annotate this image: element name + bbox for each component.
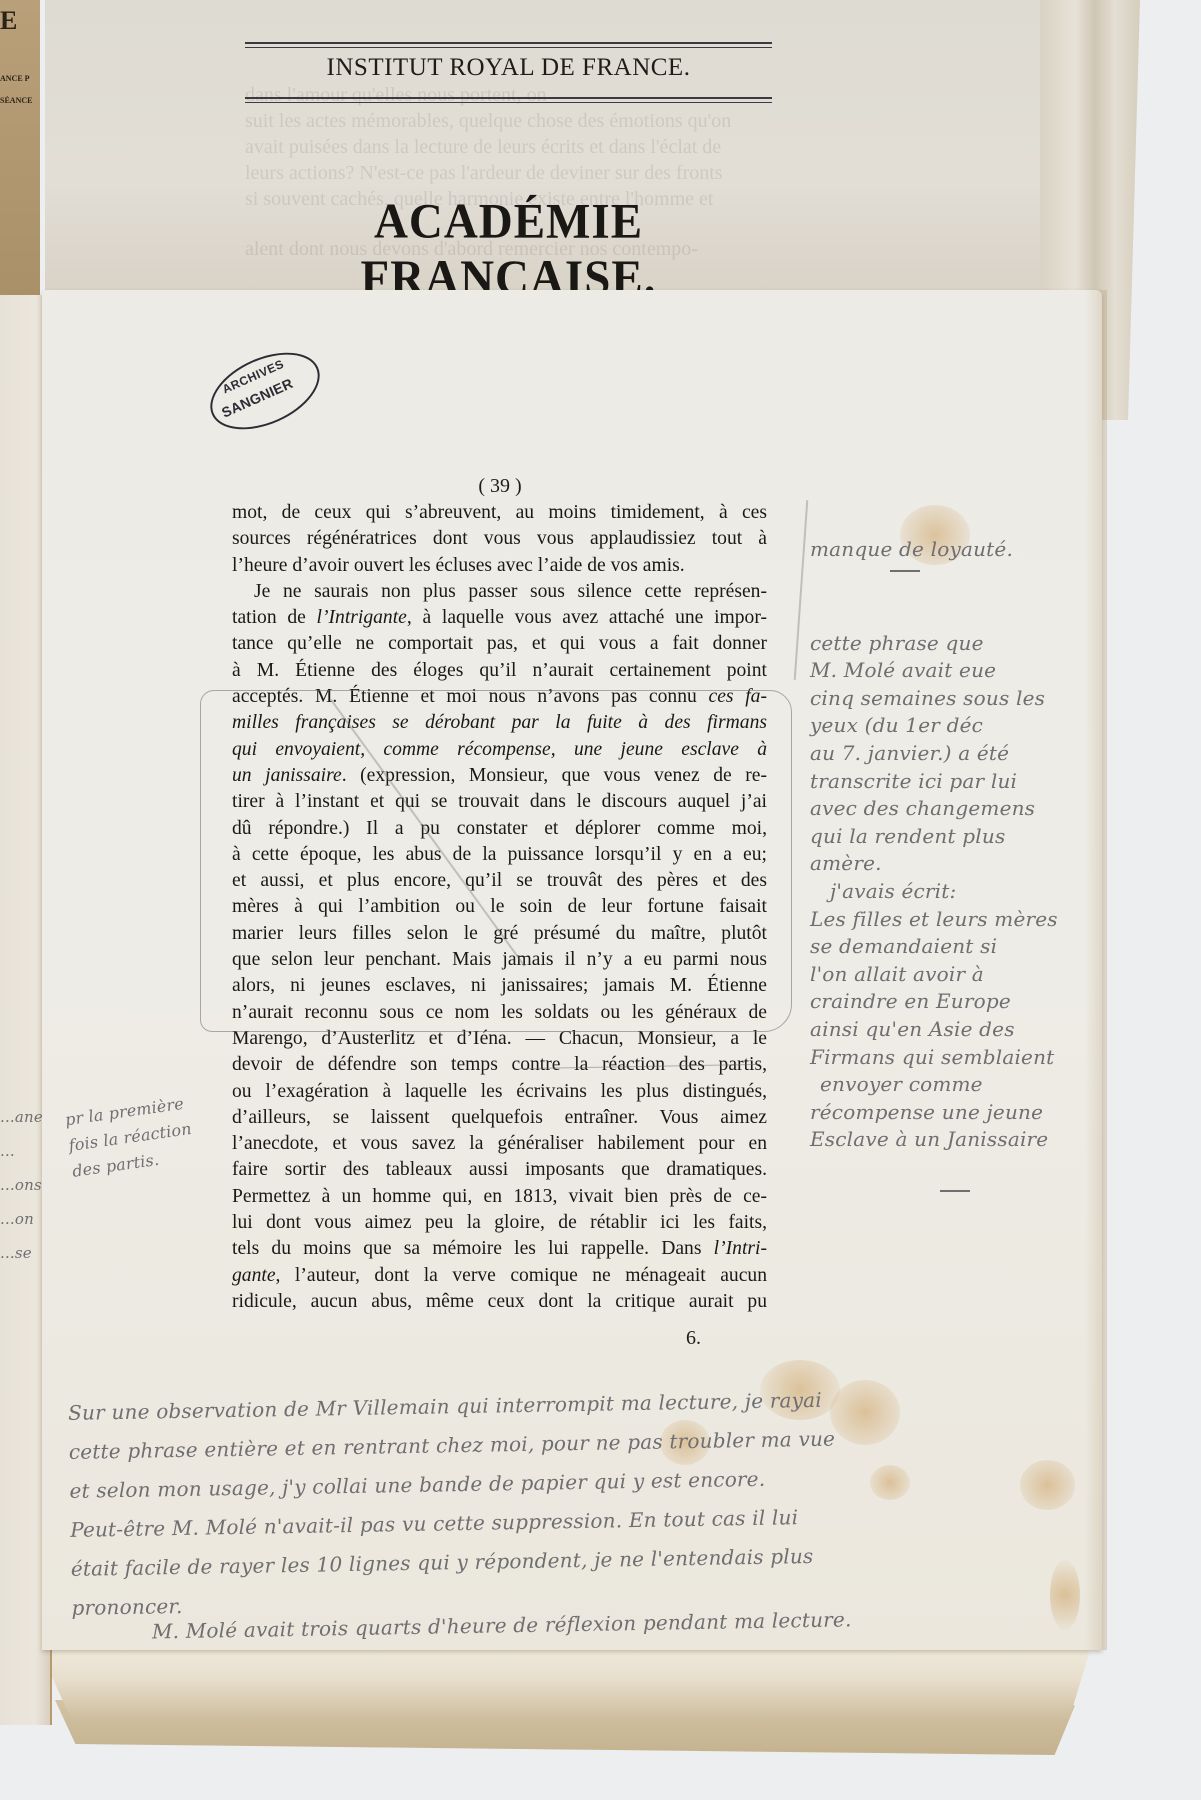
background-sheet-left-letter: E	[0, 6, 40, 36]
background-sheet-left-line: ANCE P	[0, 74, 40, 83]
handwritten-line: ainsi qu'en Asie des	[810, 1016, 1100, 1044]
text-line: Permettez à un homme qui, en 1813, vivai…	[232, 1184, 767, 1210]
handwritten-line: Firmans qui semblaient	[810, 1044, 1100, 1072]
spacer	[810, 578, 1100, 630]
text-line: l’anecdote, et vous savez la généraliser…	[232, 1131, 767, 1157]
handwritten-line: ...ane a	[0, 1100, 45, 1134]
handwritten-line: au 7. janvier.) a été	[810, 740, 1100, 768]
handwritten-line: amère.	[810, 850, 1100, 878]
text-line: tels du moins que sa mémoire les lui rap…	[232, 1236, 767, 1262]
text-line: ridicule, aucun abus, même ceux dont la …	[232, 1289, 767, 1315]
text-line: gante, l’auteur, dont la verve comique n…	[232, 1263, 767, 1289]
institut-heading: INSTITUT ROYAL DE FRANCE.	[245, 54, 772, 82]
text-line: lui dont vous aimez peu la gloire, de ré…	[232, 1210, 767, 1236]
bottom-handwritten-note: Sur une observation de Mr Villemain qui …	[68, 1376, 1092, 1653]
text-span: tation de	[232, 607, 317, 628]
background-sheet-left	[0, 0, 40, 300]
pencil-bracket-box	[200, 690, 792, 1032]
text-line: faire sortir des tableaux aussi imposant…	[232, 1157, 767, 1183]
handwritten-line: se demandaient si	[810, 933, 1100, 961]
handwritten-line: ...	[0, 1134, 45, 1168]
handwritten-line: transcrite ici par lui	[810, 768, 1100, 796]
facing-page-annotation: ...ane a ... ...ons ...on ...se	[0, 1100, 45, 1270]
text-line: l’heure d’avoir ouvert les écluses avec …	[232, 553, 767, 579]
show-through-text: suit les actes mémorables, quelque chose…	[245, 110, 772, 133]
text-line: Je ne saurais non plus passer sous silen…	[232, 579, 767, 605]
italic-title: l’Intrigante	[317, 607, 407, 628]
background-sheet-left-line: SÉANCE	[0, 96, 40, 105]
handwritten-line: ...ons	[0, 1168, 45, 1202]
text-line: à M. Étienne des éloges qu’il n’aurait c…	[232, 658, 767, 684]
handwritten-line: manque de loyauté.	[810, 536, 1100, 564]
signature-mark: 6.	[686, 1327, 701, 1350]
header-rule-top-thin	[245, 47, 772, 48]
text-line: d’ailleurs, se laissent quelquefois entr…	[232, 1105, 767, 1131]
handwritten-line: ...se	[0, 1236, 45, 1270]
handwritten-line: récompense une jeune	[810, 1099, 1100, 1127]
handwritten-dash	[940, 1190, 970, 1192]
handwritten-line: craindre en Europe	[810, 988, 1100, 1016]
handwritten-line: Esclave à un Janissaire	[810, 1126, 1100, 1154]
show-through-text: avait puisées dans la lecture de leurs é…	[245, 136, 772, 159]
text-line: mot, de ceux qui s’abreuvent, au moins t…	[232, 500, 767, 526]
page-number: ( 39 )	[200, 475, 800, 498]
handwritten-line: j'avais écrit:	[810, 878, 1100, 906]
handwritten-dash	[890, 570, 920, 572]
show-through-text: dans l'amour qu'elles nous portent, on	[245, 84, 772, 107]
text-line: ou l’exagération à laquelle les écrivain…	[232, 1079, 767, 1105]
handwritten-line: qui la rendent plus	[810, 823, 1100, 851]
handwritten-line: M. Molé avait eue	[810, 657, 1100, 685]
handwritten-line: Les filles et leurs mères	[810, 906, 1100, 934]
italic-title: gante	[232, 1265, 276, 1286]
italic-title: l’Intri-	[714, 1238, 767, 1259]
handwritten-line: yeux (du 1er déc	[810, 712, 1100, 740]
text-span: , à laquelle vous avez attaché une impor…	[407, 607, 767, 628]
handwritten-line: avec des changemens	[810, 795, 1100, 823]
handwritten-line: envoyer comme	[810, 1071, 1100, 1099]
text-line: sources régénératrices dont vous vous ap…	[232, 526, 767, 552]
stacked-sheets-bottom	[40, 1650, 1090, 1720]
handwritten-line: l'on allait avoir à	[810, 961, 1100, 989]
text-line: tance qu’elle ne comportait pas, et qui …	[232, 631, 767, 657]
text-span: , l’auteur, dont la verve comique ne mén…	[276, 1265, 767, 1286]
show-through-text: leurs actions? N'est-ce pas l'ardeur de …	[245, 162, 772, 185]
handwritten-line: cette phrase que	[810, 630, 1100, 658]
handwritten-line: ...on	[0, 1202, 45, 1236]
handwritten-line: cinq semaines sous les	[810, 685, 1100, 713]
header-rule-top	[245, 42, 772, 44]
text-span: tels du moins que sa mémoire les lui rap…	[232, 1238, 714, 1259]
text-line: tation de l’Intrigante, à laquelle vous …	[232, 605, 767, 631]
right-margin-annotation: manque de loyauté. cette phrase que M. M…	[810, 536, 1100, 1198]
